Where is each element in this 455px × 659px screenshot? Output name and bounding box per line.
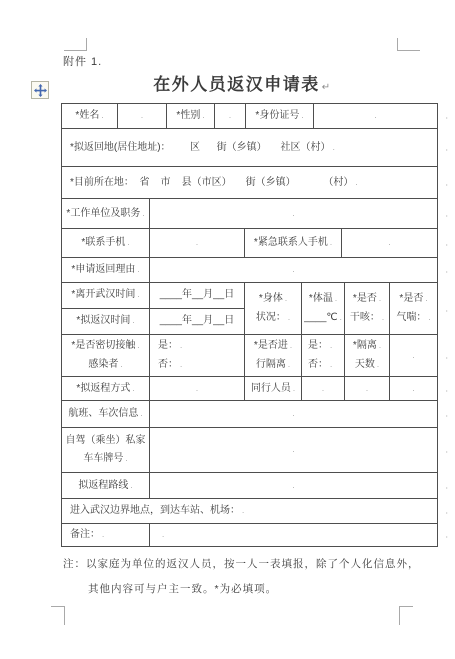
entry-point-text[interactable]: 进入武汉边界地点，到达车站、机场： <box>62 499 437 523</box>
margin-corner-mark-top-right <box>397 38 420 51</box>
health-status-cell[interactable]: *身体状况： <box>245 283 302 334</box>
row-phones: *联系手机 *紧急联系人手机 <box>62 229 437 258</box>
companion-value-cell-1[interactable] <box>302 377 345 400</box>
row-name-gender-id: *姓名 *性别 *身份证号 <box>62 104 437 129</box>
return-reason-label: *申请返回理由 <box>62 258 150 282</box>
current-location-text[interactable]: *目前所在地： 省 市 县（市区） 街（乡镇） （村） <box>62 167 437 198</box>
row-return-address: *拟返回地(居住地址)： 区 街（乡镇） 社区（村） <box>62 129 437 167</box>
phone-label: *联系手机 <box>62 229 150 257</box>
margin-corner-mark-bottom-left <box>51 606 65 625</box>
return-date-label: *拟返汉时间 <box>62 309 150 334</box>
return-route-value-cell[interactable] <box>150 473 437 498</box>
row-remarks: 备注： <box>62 524 437 546</box>
row-entry-point: 进入武汉边界地点，到达车站、机场： <box>62 499 437 524</box>
quarantine-days-value-cell[interactable] <box>390 335 437 376</box>
attachment-label: 附件 1. <box>63 53 102 69</box>
gender-value-cell[interactable] <box>215 104 246 128</box>
return-reason-value-cell[interactable] <box>150 258 437 282</box>
companion-label: 同行人员 <box>245 377 302 400</box>
car-plate-value-cell[interactable] <box>150 428 437 472</box>
phone-value-cell[interactable] <box>150 229 245 257</box>
emergency-phone-label: *紧急联系人手机 <box>245 229 342 257</box>
row-current-location: *目前所在地： 省 市 县（市区） 街（乡镇） （村） <box>62 167 437 199</box>
name-value-cell[interactable] <box>118 104 167 128</box>
row-work-unit: *工作单位及职务 <box>62 199 437 229</box>
word-document-page: 附件 1. 在外人员返汉申请表 *姓名 *性别 *身份证号 *拟返回地(居住地址… <box>0 0 455 659</box>
row-dates-health: *离开武汉时间 ____年__月__日 *拟返汉时间 ____年__月__日 *… <box>62 283 437 335</box>
wheeze-cell[interactable]: *是否气喘： <box>390 283 437 334</box>
flight-train-label: 航班、车次信息 <box>62 401 150 427</box>
row-return-route: 拟返程路线 <box>62 473 437 499</box>
travel-mode-value-cell[interactable] <box>150 377 245 400</box>
dry-cough-cell[interactable]: *是否干咳： <box>345 283 390 334</box>
subrow-leave-date: *离开武汉时间 ____年__月__日 <box>62 283 245 309</box>
temperature-cell[interactable]: *体温____℃ <box>302 283 345 334</box>
travel-mode-label: *拟返程方式 <box>62 377 150 400</box>
close-contact-yesno-cell[interactable]: 是：否： <box>150 335 245 376</box>
four-way-arrow-icon <box>34 84 47 97</box>
return-address-text[interactable]: *拟返回地(居住地址)： 区 街（乡镇） 社区（村） <box>62 129 437 166</box>
close-contact-label: *是否密切接触感染者 <box>62 335 150 376</box>
row-car-plate: 自驾（乘坐）私家车车牌号 <box>62 428 437 473</box>
work-unit-value-cell[interactable] <box>150 199 437 228</box>
row-contact-quarantine: *是否密切接触感染者 是：否： *是否进行隔离 是：否： *隔离天数 <box>62 335 437 377</box>
row-travel-mode: *拟返程方式 同行人员 <box>62 377 437 401</box>
row-flight-train: 航班、车次信息 <box>62 401 437 428</box>
margin-corner-mark-bottom-right <box>399 606 413 625</box>
name-label: *姓名 <box>62 104 118 128</box>
application-form-table: *姓名 *性别 *身份证号 *拟返回地(居住地址)： 区 街（乡镇） 社区（村）… <box>61 103 438 547</box>
id-number-value-cell[interactable] <box>314 104 437 128</box>
footnote-line-1: 注：以家庭为单位的返汉人员，按一人一表填报，除了个人化信息外， <box>63 556 420 571</box>
table-move-handle[interactable] <box>31 81 49 99</box>
quarantine-days-label: *隔离天数 <box>345 335 390 376</box>
footnote-line-2: 其他内容可与户主一致。*为必填项。 <box>88 581 277 596</box>
flight-train-value-cell[interactable] <box>150 401 437 427</box>
quarantine-yesno-cell[interactable]: 是：否： <box>302 335 345 376</box>
gender-label: *性别 <box>167 104 215 128</box>
form-title: 在外人员返汉申请表 <box>55 70 430 95</box>
work-unit-label: *工作单位及职务 <box>62 199 150 228</box>
margin-corner-mark-top-left <box>64 38 87 51</box>
row-return-reason: *申请返回理由 <box>62 258 437 283</box>
remarks-value-cell[interactable] <box>150 524 437 546</box>
dates-subgrid: *离开武汉时间 ____年__月__日 *拟返汉时间 ____年__月__日 <box>62 283 245 334</box>
leave-wuhan-date-value[interactable]: ____年__月__日 <box>150 283 245 308</box>
quarantine-label: *是否进行隔离 <box>245 335 302 376</box>
companion-value-cell-2[interactable] <box>345 377 390 400</box>
leave-wuhan-date-label: *离开武汉时间 <box>62 283 150 308</box>
companion-value-cell-3[interactable] <box>390 377 437 400</box>
remarks-label: 备注： <box>62 524 150 546</box>
emergency-phone-value-cell[interactable] <box>342 229 437 257</box>
subrow-return-date: *拟返汉时间 ____年__月__日 <box>62 309 245 334</box>
id-number-label: *身份证号 <box>246 104 314 128</box>
return-date-value[interactable]: ____年__月__日 <box>150 309 245 334</box>
return-route-label: 拟返程路线 <box>62 473 150 498</box>
car-plate-label: 自驾（乘坐）私家车车牌号 <box>62 428 150 472</box>
